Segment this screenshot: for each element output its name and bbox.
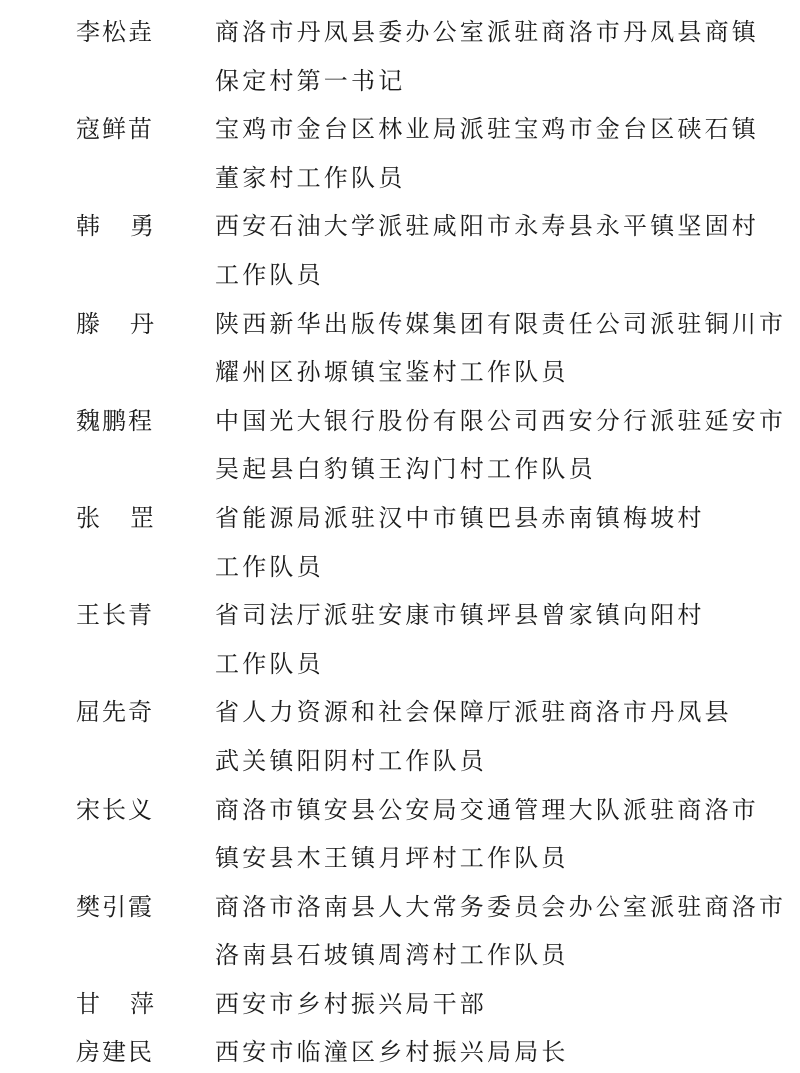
position-line: 省司法厅派驻安康市镇坪县曾家镇向阳村 <box>215 591 785 640</box>
person-position: 西安市临潼区乡村振兴局局长 <box>215 1028 785 1073</box>
position-line: 西安市临潼区乡村振兴局局长 <box>215 1028 785 1073</box>
name-char: 萍 <box>130 990 154 1018</box>
list-item: 寇鲜苗 宝鸡市金台区林业局派驻宝鸡市金台区硖石镇 董家村工作队员 <box>0 105 800 202</box>
position-line: 陕西新华出版传媒集团有限责任公司派驻铜川市 <box>215 300 785 349</box>
position-line: 武关镇阳阴村工作队员 <box>215 737 785 786</box>
position-line: 工作队员 <box>215 640 785 689</box>
person-position: 商洛市丹凤县委办公室派驻商洛市丹凤县商镇 保定村第一书记 <box>215 8 785 105</box>
person-position: 陕西新华出版传媒集团有限责任公司派驻铜川市 耀州区孙塬镇宝鉴村工作队员 <box>215 300 785 397</box>
position-line: 西安石油大学派驻咸阳市永寿县永平镇坚固村 <box>215 202 785 251</box>
position-line: 工作队员 <box>215 251 785 300</box>
list-item: 韩勇 西安石油大学派驻咸阳市永寿县永平镇坚固村 工作队员 <box>0 202 800 299</box>
list-item: 甘萍 西安市乡村振兴局干部 <box>0 980 800 1029</box>
position-line: 工作队员 <box>215 543 785 592</box>
person-position: 省能源局派驻汉中市镇巴县赤南镇梅坡村 工作队员 <box>215 494 785 591</box>
document-page: 李松垚 商洛市丹凤县委办公室派驻商洛市丹凤县商镇 保定村第一书记 寇鲜苗 宝鸡市… <box>0 8 800 1073</box>
position-line: 西安市乡村振兴局干部 <box>215 980 785 1029</box>
list-item: 滕丹 陕西新华出版传媒集团有限责任公司派驻铜川市 耀州区孙塬镇宝鉴村工作队员 <box>0 300 800 397</box>
position-line: 董家村工作队员 <box>215 154 785 203</box>
person-name: 甘萍 <box>0 980 215 1029</box>
name-char: 丹 <box>130 310 154 338</box>
position-line: 商洛市洛南县人大常务委员会办公室派驻商洛市 <box>215 883 785 932</box>
position-line: 商洛市丹凤县委办公室派驻商洛市丹凤县商镇 <box>215 8 785 57</box>
position-line: 省人力资源和社会保障厅派驻商洛市丹凤县 <box>215 688 785 737</box>
list-item: 房建民 西安市临潼区乡村振兴局局长 <box>0 1028 800 1073</box>
person-name: 寇鲜苗 <box>0 105 215 154</box>
position-line: 中国光大银行股份有限公司西安分行派驻延安市 <box>215 397 785 446</box>
person-position: 商洛市镇安县公安局交通管理大队派驻商洛市 镇安县木王镇月坪村工作队员 <box>215 786 785 883</box>
person-position: 宝鸡市金台区林业局派驻宝鸡市金台区硖石镇 董家村工作队员 <box>215 105 785 202</box>
person-name: 李松垚 <box>0 8 215 57</box>
position-line: 宝鸡市金台区林业局派驻宝鸡市金台区硖石镇 <box>215 105 785 154</box>
person-name: 屈先奇 <box>0 688 215 737</box>
person-name: 房建民 <box>0 1028 215 1073</box>
list-item: 魏鹏程 中国光大银行股份有限公司西安分行派驻延安市 吴起县白豹镇王沟门村工作队员 <box>0 397 800 494</box>
person-name: 滕丹 <box>0 300 215 349</box>
person-name: 魏鹏程 <box>0 397 215 446</box>
position-line: 吴起县白豹镇王沟门村工作队员 <box>215 445 785 494</box>
name-char: 罡 <box>130 504 154 532</box>
list-item: 樊引霞 商洛市洛南县人大常务委员会办公室派驻商洛市 洛南县石坡镇周湾村工作队员 <box>0 883 800 980</box>
position-line: 商洛市镇安县公安局交通管理大队派驻商洛市 <box>215 786 785 835</box>
person-position: 商洛市洛南县人大常务委员会办公室派驻商洛市 洛南县石坡镇周湾村工作队员 <box>215 883 785 980</box>
name-char: 滕 <box>76 310 100 338</box>
person-name: 宋长义 <box>0 786 215 835</box>
person-name: 张罡 <box>0 494 215 543</box>
name-char: 勇 <box>130 212 154 240</box>
person-name: 王长青 <box>0 591 215 640</box>
list-item: 王长青 省司法厅派驻安康市镇坪县曾家镇向阳村 工作队员 <box>0 591 800 688</box>
position-line: 耀州区孙塬镇宝鉴村工作队员 <box>215 348 785 397</box>
list-item: 李松垚 商洛市丹凤县委办公室派驻商洛市丹凤县商镇 保定村第一书记 <box>0 8 800 105</box>
person-position: 省人力资源和社会保障厅派驻商洛市丹凤县 武关镇阳阴村工作队员 <box>215 688 785 785</box>
position-line: 保定村第一书记 <box>215 57 785 106</box>
person-position: 中国光大银行股份有限公司西安分行派驻延安市 吴起县白豹镇王沟门村工作队员 <box>215 397 785 494</box>
list-item: 张罡 省能源局派驻汉中市镇巴县赤南镇梅坡村 工作队员 <box>0 494 800 591</box>
person-position: 西安石油大学派驻咸阳市永寿县永平镇坚固村 工作队员 <box>215 202 785 299</box>
person-position: 省司法厅派驻安康市镇坪县曾家镇向阳村 工作队员 <box>215 591 785 688</box>
name-char: 张 <box>76 504 100 532</box>
position-line: 省能源局派驻汉中市镇巴县赤南镇梅坡村 <box>215 494 785 543</box>
person-name: 樊引霞 <box>0 883 215 932</box>
name-char: 韩 <box>76 212 100 240</box>
person-name: 韩勇 <box>0 202 215 251</box>
position-line: 洛南县石坡镇周湾村工作队员 <box>215 931 785 980</box>
position-line: 镇安县木王镇月坪村工作队员 <box>215 834 785 883</box>
list-item: 宋长义 商洛市镇安县公安局交通管理大队派驻商洛市 镇安县木王镇月坪村工作队员 <box>0 786 800 883</box>
name-char: 甘 <box>76 990 100 1018</box>
list-item: 屈先奇 省人力资源和社会保障厅派驻商洛市丹凤县 武关镇阳阴村工作队员 <box>0 688 800 785</box>
person-position: 西安市乡村振兴局干部 <box>215 980 785 1029</box>
